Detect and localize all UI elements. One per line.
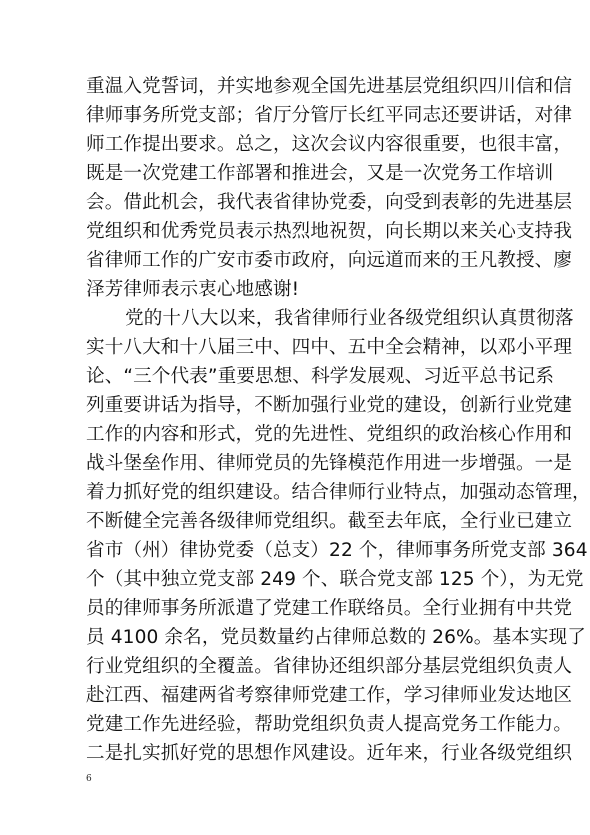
text-line: 行业党组织的全覆盖。省律协还组织部分基层党组织负责人 — [86, 652, 502, 681]
document-page: 重温入党誓词，并实地参观全国先进基层党组织四川信和信 律师事务所党支部；省厅分管… — [0, 0, 590, 835]
text-line: 党建工作先进经验，帮助党组织负责人提高党务工作能力。 — [86, 710, 502, 739]
text-line: 省律师工作的广安市委市政府，向远道而来的王凡教授、廖 — [86, 246, 502, 275]
text-line: 师工作提出要求。总之，这次会议内容很重要，也很丰富， — [86, 130, 502, 159]
body-text: 重温入党誓词，并实地参观全国先进基层党组织四川信和信 律师事务所党支部；省厅分管… — [86, 72, 506, 768]
text-line: 泽芳律师表示衷心地感谢! — [86, 275, 502, 304]
text-line: 既是一次党建工作部署和推进会，又是一次党务工作培训 — [86, 159, 502, 188]
text-line: 重温入党誓词，并实地参观全国先进基层党组织四川信和信 — [86, 72, 502, 101]
text-line: 实十八大和十八届三中、四中、五中全会精神，以邓小平理 — [86, 333, 502, 362]
text-line: 论、“三个代表”重要思想、科学发展观、习近平总书记系 — [86, 362, 502, 391]
text-line: 省市（州）律协党委（总支）22 个，律师事务所党支部 364 — [86, 536, 502, 565]
text-line: 律师事务所党支部；省厅分管厅长红平同志还要讲话，对律 — [86, 101, 502, 130]
text-line: 战斗堡垒作用、律师党员的先锋模范作用进一步增强。一是 — [86, 449, 502, 478]
text-line: 赴江西、福建两省考察律师党建工作，学习律师业发达地区 — [86, 681, 502, 710]
text-line: 工作的内容和形式，党的先进性、党组织的政治核心作用和 — [86, 420, 502, 449]
text-line: 会。借此机会，我代表省律协党委，向受到表彰的先进基层 — [86, 188, 502, 217]
text-line: 列重要讲话为指导，不断加强行业党的建设，创新行业党建 — [86, 391, 502, 420]
text-line: 党组织和优秀党员表示热烈地祝贺，向长期以来关心支持我 — [86, 217, 502, 246]
text-line: 个（其中独立党支部 249 个、联合党支部 125 个），为无党 — [86, 565, 502, 594]
text-line: 着力抓好党的组织建设。结合律师行业特点，加强动态管理， — [86, 478, 502, 507]
text-line: 不断健全完善各级律师党组织。截至去年底，全行业已建立 — [86, 507, 502, 536]
paragraph-first-line: 党的十八大以来，我省律师行业各级党组织认真贯彻落 — [86, 304, 502, 333]
text-line: 员 4100 余名，党员数量约占律师总数的 26%。基本实现了 — [86, 623, 502, 652]
text-line: 员的律师事务所派遣了党建工作联络员。全行业拥有中共党 — [86, 594, 502, 623]
text-line: 二是扎实抓好党的思想作风建设。近年来，行业各级党组织 — [86, 739, 502, 768]
page-number: 6 — [86, 774, 92, 784]
